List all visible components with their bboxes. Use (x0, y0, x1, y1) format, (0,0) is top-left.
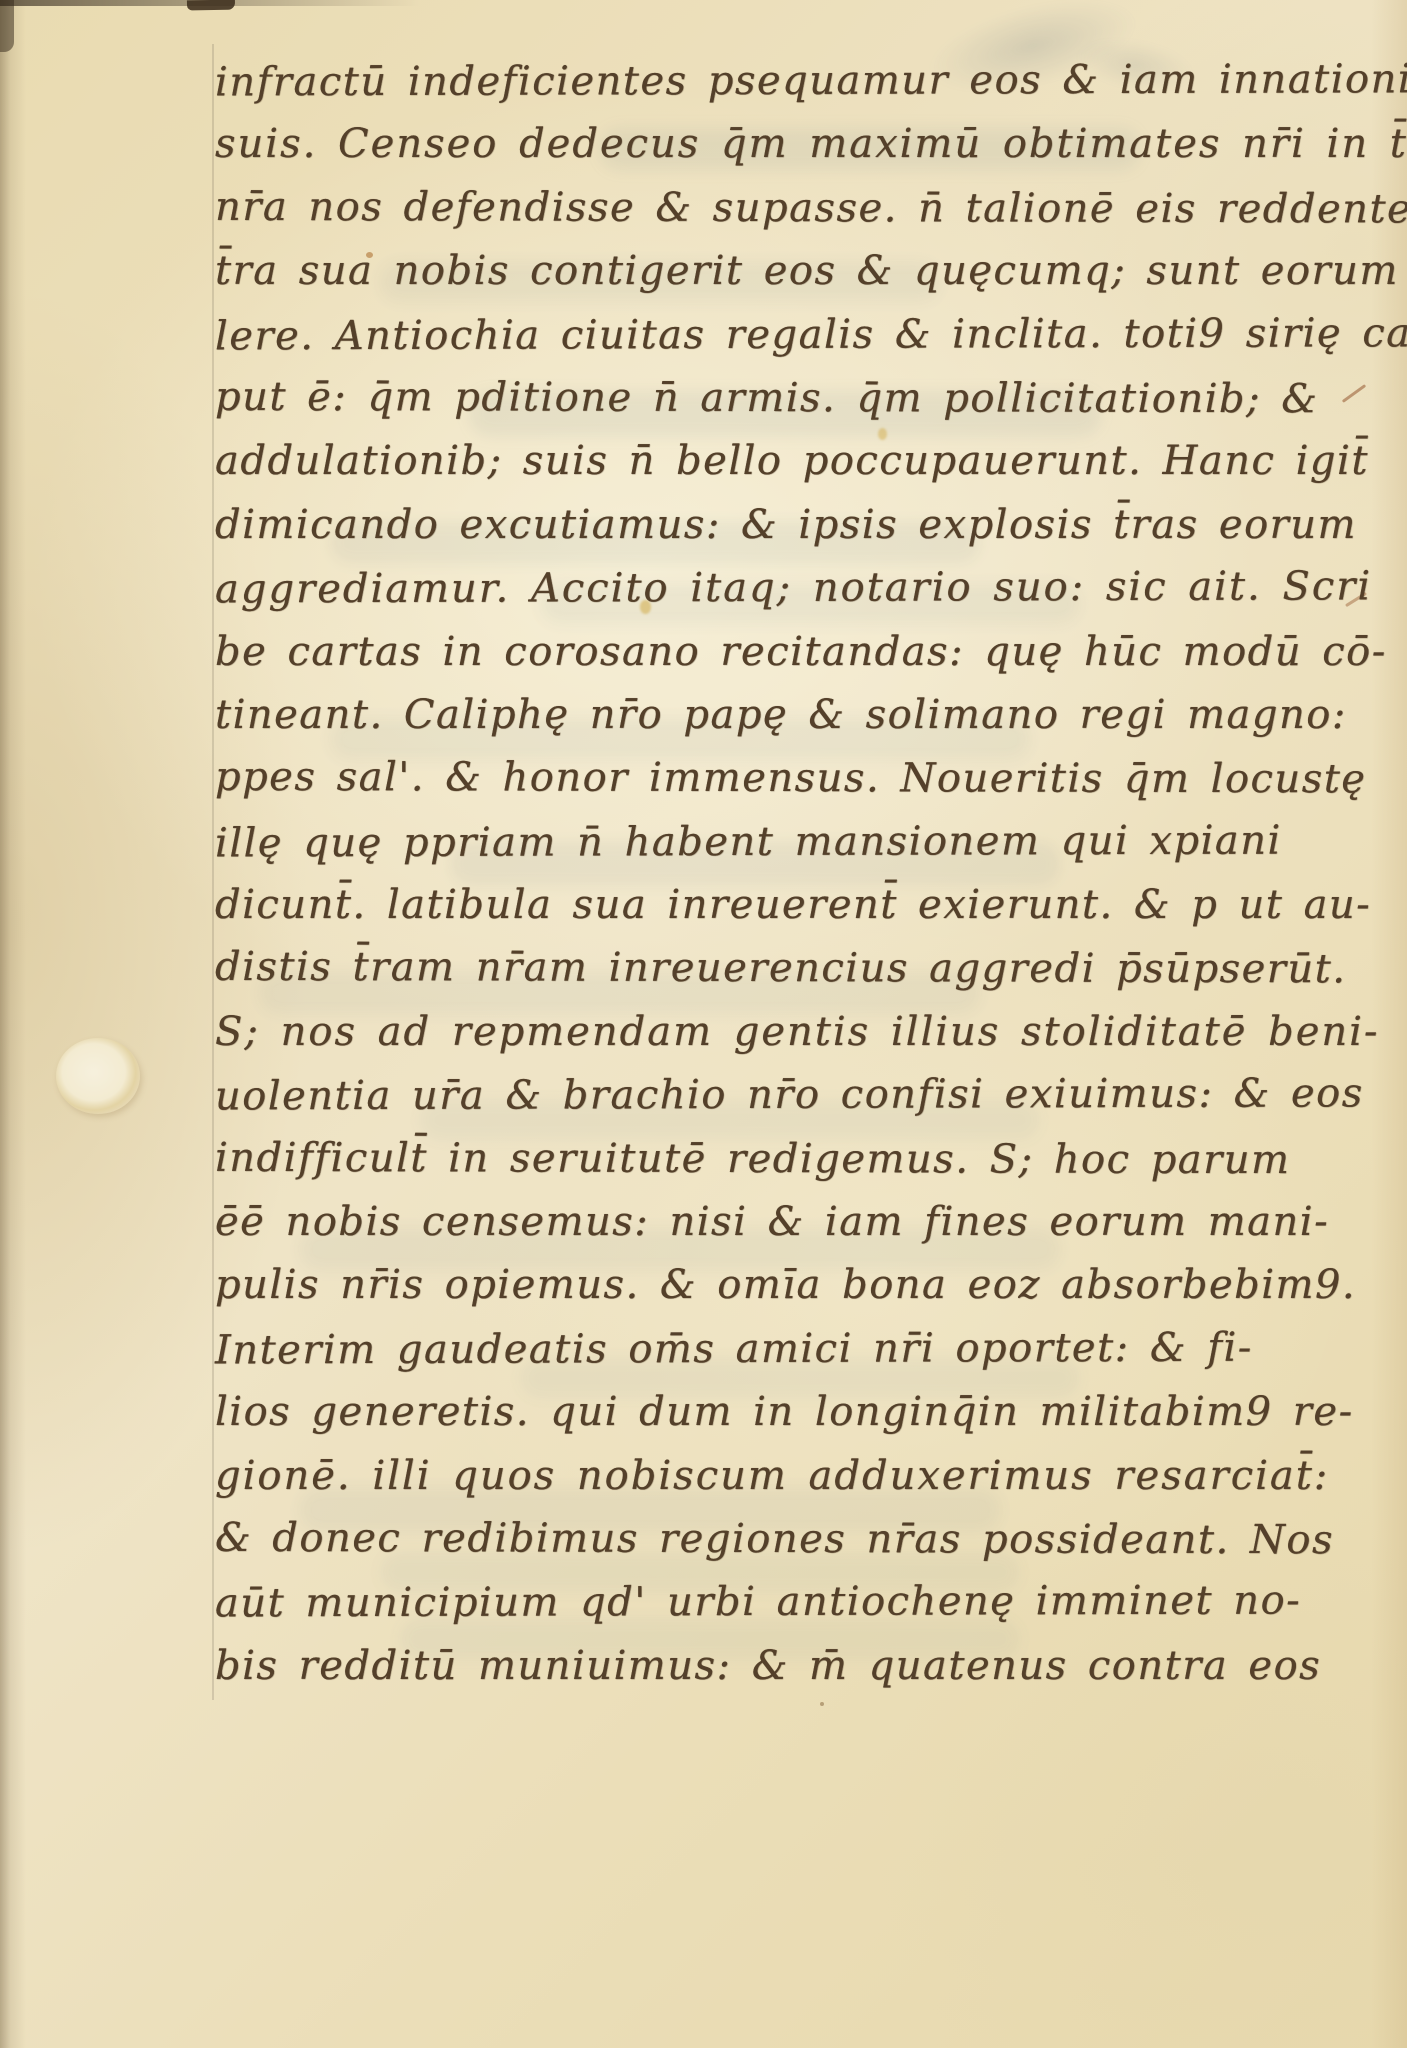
manuscript-line: ēē nobis censemus: nisi & iam fines eoru… (215, 1191, 1275, 1254)
parchment-flaw-spot (56, 1038, 140, 1114)
manuscript-line: addulationib; suis n̄ bello poccupauerun… (215, 430, 1275, 493)
manuscript-line: uolentia ur̄a & brachio nr̄o confisi exi… (215, 1063, 1275, 1129)
manuscript-line: nr̄a nos defendisse & supasse. n̄ talion… (215, 176, 1275, 242)
manuscript-line: gionē. illi quos nobiscum adduxerimus re… (215, 1445, 1275, 1508)
ink-mark-top-edge (187, 0, 235, 10)
margin-pen-stroke (1342, 384, 1366, 403)
manuscript-line: aūt municipium qd' urbi antiochenę immin… (215, 1570, 1275, 1636)
manuscript-line: indifficult̄ in seruitutē redigemus. S; … (215, 1127, 1275, 1193)
manuscript-line: lere. Antiochia ciuitas regalis & inclit… (215, 302, 1275, 368)
ink-speck (820, 1702, 824, 1706)
manuscript-line: infractū indeficientes psequamur eos & i… (215, 49, 1275, 115)
manuscript-line: dimicando excutiamus: & ipsis explosis t… (215, 494, 1275, 557)
manuscript-line: Interim gaudeatis om̄s amici nr̄i oporte… (215, 1316, 1275, 1382)
manuscript-page: infractū indeficientes psequamur eos & i… (0, 0, 1407, 2048)
manuscript-line: pulis nr̄is opiemus. & omīa bona eoz abs… (215, 1254, 1275, 1317)
manuscript-line: ppes sal'. & honor immensus. Noueritis q… (215, 746, 1275, 812)
manuscript-line: aggrediamur. Accito itaq; notario suo: s… (215, 556, 1275, 622)
manuscript-line: bis redditū muniuimus: & m̄ quatenus con… (215, 1635, 1275, 1698)
manuscript-line: distis t̄ram nr̄am inreuerencius aggredi… (215, 936, 1275, 1002)
page-edge-shadow-left (0, 0, 26, 2048)
manuscript-line: t̄ra sua nobis contigerit eos & quęcumq;… (215, 240, 1275, 303)
manuscript-line: lios generetis. qui dum in longinq̄in mi… (215, 1381, 1275, 1444)
manuscript-line: put ē: q̄m pditione n̄ armis. q̄m pollic… (215, 366, 1275, 432)
manuscript-line: dicunt̄. latibula sua inreuerent̄ exieru… (215, 874, 1275, 937)
manuscript-line: & donec redibimus regiones nr̄as posside… (215, 1507, 1275, 1573)
manuscript-line: tineant. Caliphę nr̄o papę & solimano re… (215, 684, 1275, 747)
manuscript-line: S; nos ad repmendam gentis illius stolid… (215, 1001, 1275, 1064)
manuscript-line: suis. Censeo dedecus q̄m maximū obtimate… (215, 113, 1275, 176)
manuscript-line: be cartas in corosano recitandas: quę hū… (215, 621, 1275, 684)
ruling-line (212, 44, 214, 1700)
page-corner-shadow (0, 0, 14, 52)
text-block: infractū indeficientes psequamur eos & i… (215, 50, 1275, 1698)
manuscript-line: illę quę ppriam n̄ habent mansionem qui … (215, 809, 1275, 875)
